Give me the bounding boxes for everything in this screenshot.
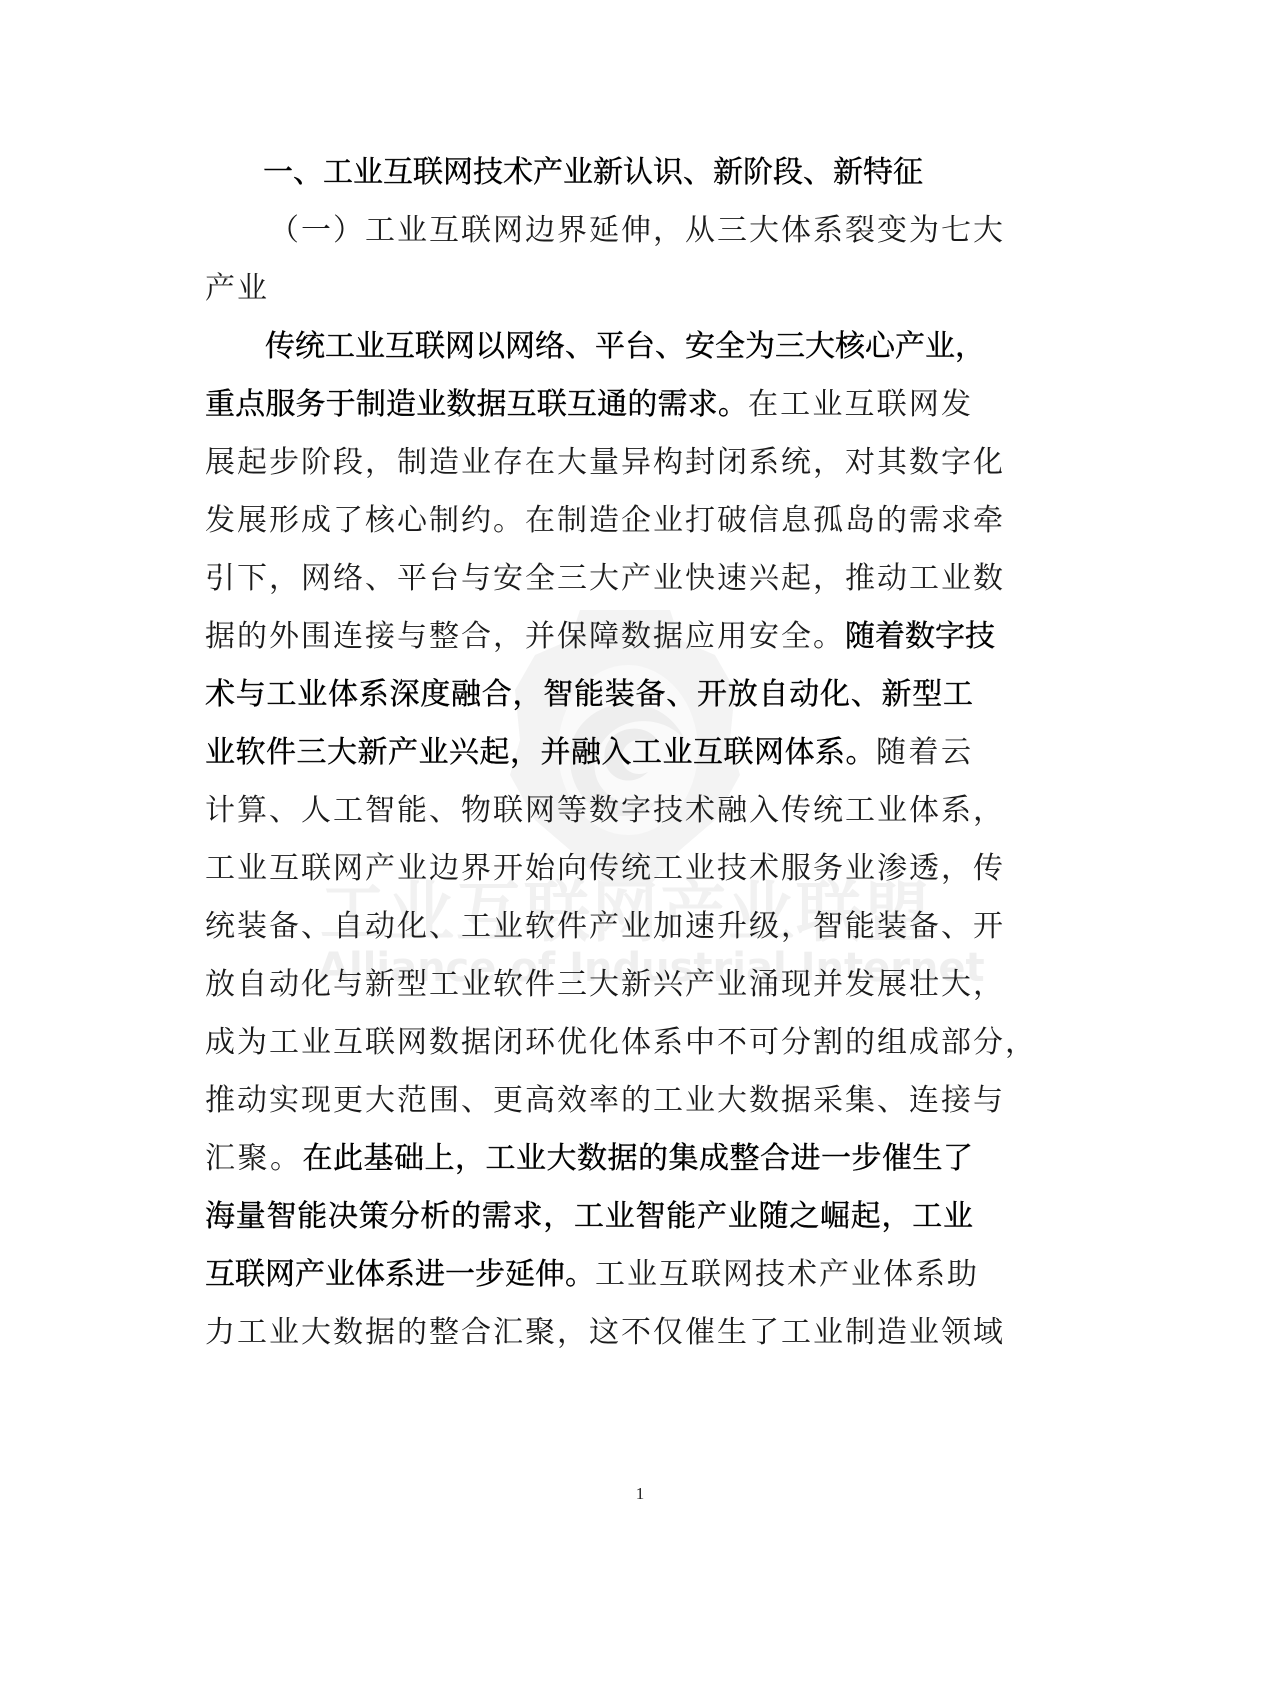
subsection-heading-line-2: 产业 [205,266,973,324]
body-text: 计算、人工智能、物联网等数字技术融入传统工业体系， [205,793,1005,828]
body-text: 推动实现更大范围、更高效率的工业大数据采集、连接与 [205,1083,1005,1118]
paragraph-line: 据的外围连接与整合，并保障数据应用安全。随着数字技 [205,614,973,672]
section-heading: 一、工业互联网技术产业新认识、新阶段、新特征 [205,150,973,208]
paragraph-line: 成为工业互联网数据闭环优化体系中不可分割的组成部分， [205,1020,973,1078]
paragraph-line: 展起步阶段，制造业存在大量异构封闭系统，对其数字化 [205,440,973,498]
paragraph-line: 重点服务于制造业数据互联互通的需求。在工业互联网发 [205,382,973,440]
body-text: 据的外围连接与整合，并保障数据应用安全。 [205,619,845,654]
paragraph-line: 计算、人工智能、物联网等数字技术融入传统工业体系， [205,788,973,846]
paragraph-line: 引下，网络、平台与安全三大产业快速兴起，推动工业数 [205,556,973,614]
paragraph-line: 互联网产业体系进一步延伸。工业互联网技术产业体系助 [205,1252,973,1310]
paragraph-line: 术与工业体系深度融合，智能装备、开放自动化、新型工 [205,672,973,730]
body-text: 工业互联网技术产业体系助 [595,1257,979,1292]
body-text: 放自动化与新型工业软件三大新兴产业涌现并发展壮大， [205,967,1005,1002]
bold-text: 业软件三大新产业兴起，并融入工业互联网体系。 [205,735,876,770]
document-body: 一、工业互联网技术产业新认识、新阶段、新特征 （一）工业互联网边界延伸，从三大体… [205,150,973,1368]
bold-text: 随着数字技 [845,619,995,654]
body-text: 成为工业互联网数据闭环优化体系中不可分割的组成部分， [205,1025,1037,1060]
subsection-heading-line-1: （一）工业互联网边界延伸，从三大体系裂变为七大 [205,208,973,266]
bold-text: 在此基础上，工业大数据的集成整合进一步催生了 [303,1141,974,1176]
paragraph: 传统工业互联网以网络、平台、安全为三大核心产业，重点服务于制造业数据互联互通的需… [205,324,973,1368]
body-text: 随着云 [876,735,973,770]
paragraph-line: 力工业大数据的整合汇聚，这不仅催生了工业制造业领域 [205,1310,973,1368]
bold-text: 术与工业体系深度融合，智能装备、开放自动化、新型工 [205,677,973,712]
body-text: 展起步阶段，制造业存在大量异构封闭系统，对其数字化 [205,445,1005,480]
page-number: 1 [0,1484,1280,1504]
paragraph-line: 汇聚。在此基础上，工业大数据的集成整合进一步催生了 [205,1136,973,1194]
bold-text: 互联网产业体系进一步延伸。 [205,1257,595,1292]
paragraph-line: 统装备、自动化、工业软件产业加速升级，智能装备、开 [205,904,973,962]
document-page: 工业互联网产业联盟 Alliance of Industrial Interne… [0,0,1280,1706]
bold-text: 海量智能决策分析的需求，工业智能产业随之崛起，工业 [205,1199,973,1234]
body-text: 工业互联网产业边界开始向传统工业技术服务业渗透，传 [205,851,1005,886]
paragraph-line: 传统工业互联网以网络、平台、安全为三大核心产业， [205,324,973,382]
body-text: 力工业大数据的整合汇聚，这不仅催生了工业制造业领域 [205,1315,1005,1350]
body-text: 发展形成了核心制约。在制造企业打破信息孤岛的需求牵 [205,503,1005,538]
paragraph-line: 工业互联网产业边界开始向传统工业技术服务业渗透，传 [205,846,973,904]
paragraph-line: 推动实现更大范围、更高效率的工业大数据采集、连接与 [205,1078,973,1136]
bold-text: 重点服务于制造业数据互联互通的需求。 [205,387,748,422]
body-text: 引下，网络、平台与安全三大产业快速兴起，推动工业数 [205,561,1005,596]
paragraph-line: 业软件三大新产业兴起，并融入工业互联网体系。随着云 [205,730,973,788]
bold-text: 传统工业互联网以网络、平台、安全为三大核心产业， [265,329,985,364]
paragraph-line: 海量智能决策分析的需求，工业智能产业随之崛起，工业 [205,1194,973,1252]
body-text: 汇聚。 [205,1141,303,1176]
paragraph-line: 放自动化与新型工业软件三大新兴产业涌现并发展壮大， [205,962,973,1020]
body-text: 统装备、自动化、工业软件产业加速升级，智能装备、开 [205,909,1005,944]
body-text: 在工业互联网发 [748,387,973,422]
paragraph-line: 发展形成了核心制约。在制造企业打破信息孤岛的需求牵 [205,498,973,556]
